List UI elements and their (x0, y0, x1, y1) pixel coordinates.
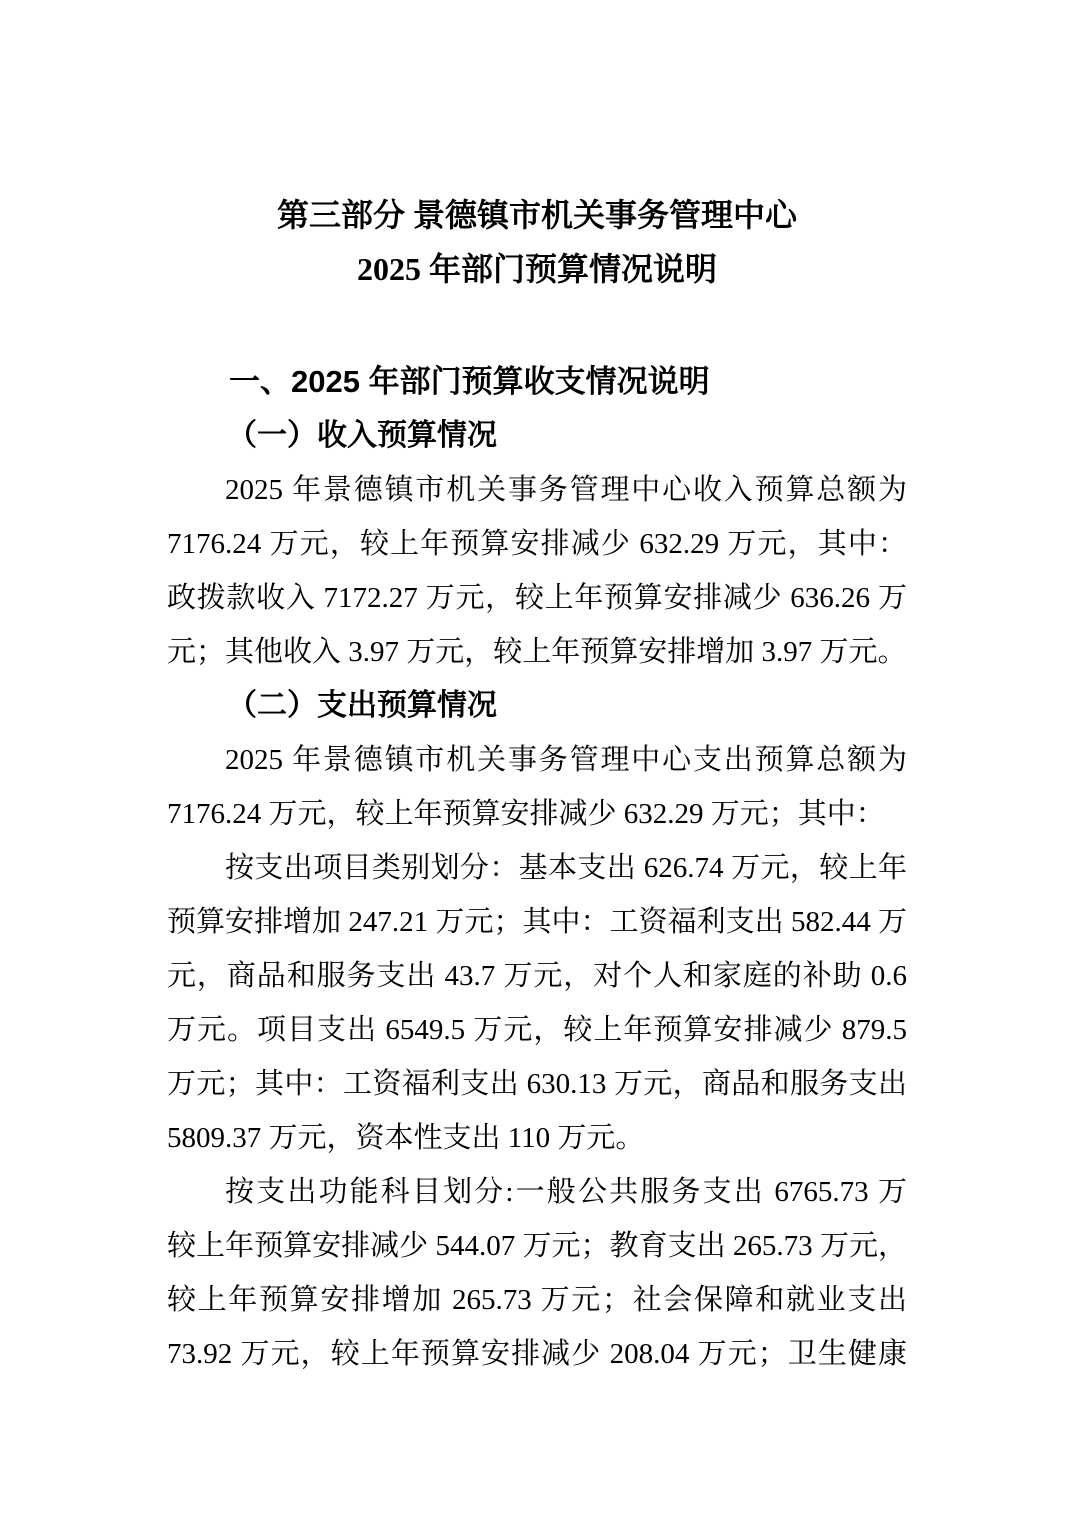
paragraph-line: 政拨款收入 7172.27 万元，较上年预算安排减少 636.26 万 (167, 571, 907, 625)
paragraph-line: 万元；其中：工资福利支出 630.13 万元，商品和服务支出 (167, 1057, 907, 1111)
paragraph-line: 较上年预算安排减少 544.07 万元；教育支出 265.73 万元， (167, 1219, 907, 1273)
paragraph-line: 按支出功能科目划分:一般公共服务支出 6765.73 万元， (167, 1165, 907, 1219)
section-1-heading: 一、2025 年部门预算收支情况说明 (167, 355, 907, 409)
paragraph-line: 按支出项目类别划分：基本支出 626.74 万元，较上年 (167, 841, 907, 895)
paragraph-line: 5809.37 万元，资本性支出 110 万元。 (167, 1111, 907, 1165)
subsection-1-2-heading: （二）支出预算情况 (167, 679, 907, 733)
document-page: 第三部分 景德镇市机关事务管理中心 2025 年部门预算情况说明 一、2025 … (0, 0, 1074, 1520)
paragraph-line: 元，商品和服务支出 43.7 万元，对个人和家庭的补助 0.6 (167, 949, 907, 1003)
paragraph-line: 2025 年景德镇市机关事务管理中心支出预算总额为 (167, 733, 907, 787)
document-title-line-1: 第三部分 景德镇市机关事务管理中心 (167, 188, 907, 242)
subsection-1-1-heading: （一）收入预算情况 (167, 409, 907, 463)
paragraph-line: 7176.24 万元，较上年预算安排减少 632.29 万元，其中：财 (167, 517, 907, 571)
paragraph-line: 较上年预算安排增加 265.73 万元；社会保障和就业支出 (167, 1273, 907, 1327)
paragraph-line: 2025 年景德镇市机关事务管理中心收入预算总额为 (167, 463, 907, 517)
document-title-line-2: 2025 年部门预算情况说明 (167, 242, 907, 296)
document-content: 第三部分 景德镇市机关事务管理中心 2025 年部门预算情况说明 一、2025 … (167, 0, 907, 1381)
paragraph-line: 万元。项目支出 6549.5 万元，较上年预算安排减少 879.5 (167, 1003, 907, 1057)
paragraph-line: 73.92 万元，较上年预算安排减少 208.04 万元；卫生健康支 (167, 1327, 907, 1381)
paragraph-line: 元；其他收入 3.97 万元，较上年预算安排增加 3.97 万元。 (167, 625, 907, 679)
paragraph-line: 7176.24 万元，较上年预算安排减少 632.29 万元；其中： (167, 787, 907, 841)
paragraph-line: 预算安排增加 247.21 万元；其中：工资福利支出 582.44 万 (167, 895, 907, 949)
blank-line (167, 296, 907, 355)
